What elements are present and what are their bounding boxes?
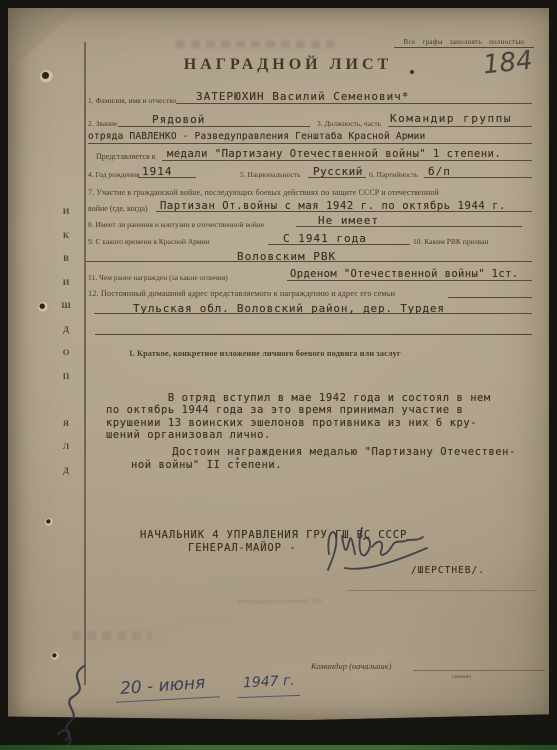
field-value-presented: медали "Партизану Отечественной войны" 1…	[167, 148, 501, 160]
scan-green-edge	[0, 745, 557, 750]
punch-hole	[40, 70, 53, 83]
field-label-position: 3. Должность, часть	[317, 119, 381, 128]
margin-vertical-text: И К В И Ш Д О П Я Л Д	[56, 200, 76, 482]
punch-hole	[38, 302, 48, 312]
punch-hole	[51, 652, 59, 660]
commander-label: Командир (начальник)	[311, 661, 391, 671]
bleedthrough-text: VII. Отметка о награждении	[238, 598, 322, 605]
rule	[94, 313, 532, 314]
rule	[388, 126, 532, 127]
field-label-army-since: 9. С какого времени в Красной Армии	[88, 237, 210, 246]
rule	[88, 143, 532, 144]
rule	[424, 177, 532, 178]
archive-stamp-faded	[72, 631, 152, 640]
binding-margin-line	[84, 42, 86, 685]
award-recommendation: Достоин награждения медалью "Партизану О…	[131, 446, 531, 471]
rule	[308, 177, 366, 178]
rule	[287, 280, 532, 281]
section-heading: I. Краткое, конкретное изложение личного…	[105, 349, 425, 358]
rule	[296, 226, 522, 227]
handwritten-page-number: 184	[482, 45, 535, 80]
rule	[268, 244, 410, 245]
field-label-nationality: 5. Национальность	[240, 170, 301, 179]
feat-description: В отряд вступил в мае 1942 года и состоя…	[106, 392, 516, 442]
rule	[176, 103, 532, 104]
rule	[138, 177, 196, 178]
field-value-prior-awards: Орденом "Отечественной войны" 1ст.	[290, 268, 519, 280]
field-label-rvk: 10. Каким РВК призван	[413, 237, 488, 246]
officer-surname: /ШЕРСТНЕВ/.	[411, 565, 485, 576]
faded-date-line	[347, 590, 537, 591]
field-label-home-address: 12. Постоянный домашний адрес представля…	[88, 289, 395, 298]
scanned-award-document: И К В И Ш Д О П Я Л Д Все графы заполнят…	[0, 0, 557, 750]
officer-title-line2: ГЕНЕРАЛ-МАЙОР -	[188, 542, 296, 554]
rule	[162, 160, 532, 161]
field-label-wounds: 8. Имеет ли ранения и контузии в отечест…	[88, 220, 264, 229]
handwritten-date-year: 1947 г.	[243, 673, 296, 692]
rule	[86, 261, 532, 262]
field-label-birthyear: 4. Год рождения	[88, 170, 140, 179]
punch-hole	[45, 518, 53, 526]
field-label-war-participation-cont: войне (где, когда)	[88, 204, 148, 213]
field-label-war-participation: 7. Участие в гражданской войне, последую…	[88, 188, 439, 197]
field-value-position-cont: отряда ПАВЛЕНКО - Разведуправления Геншт…	[88, 131, 425, 142]
field-label-rank: 2. Звание	[88, 119, 117, 128]
section-divider	[95, 334, 532, 335]
faded-stamp	[176, 41, 334, 48]
field-label-prior-awards: 11. Чем ранее награжден (за какие отличи…	[88, 273, 228, 282]
document-title: НАГРАДНОЙ ЛИСТ	[128, 56, 448, 74]
rule	[156, 211, 532, 212]
field-value-rank: Рядовой	[152, 113, 205, 126]
field-value-name: ЗАТЕРЮХИН Василий Семенович*	[196, 90, 409, 103]
field-label-name: 1. Фамилия, имя и отчество	[88, 96, 177, 105]
margin-signature-scrawl	[46, 660, 101, 750]
rule	[118, 126, 310, 127]
field-value-position: Командир группы	[390, 112, 512, 125]
rank-hint: (звание)	[452, 674, 471, 680]
field-label-party: 6. Партийность	[369, 170, 418, 179]
field-label-presented: Представляется к	[96, 152, 156, 161]
commander-signature-line	[413, 670, 545, 671]
rule	[448, 297, 532, 298]
